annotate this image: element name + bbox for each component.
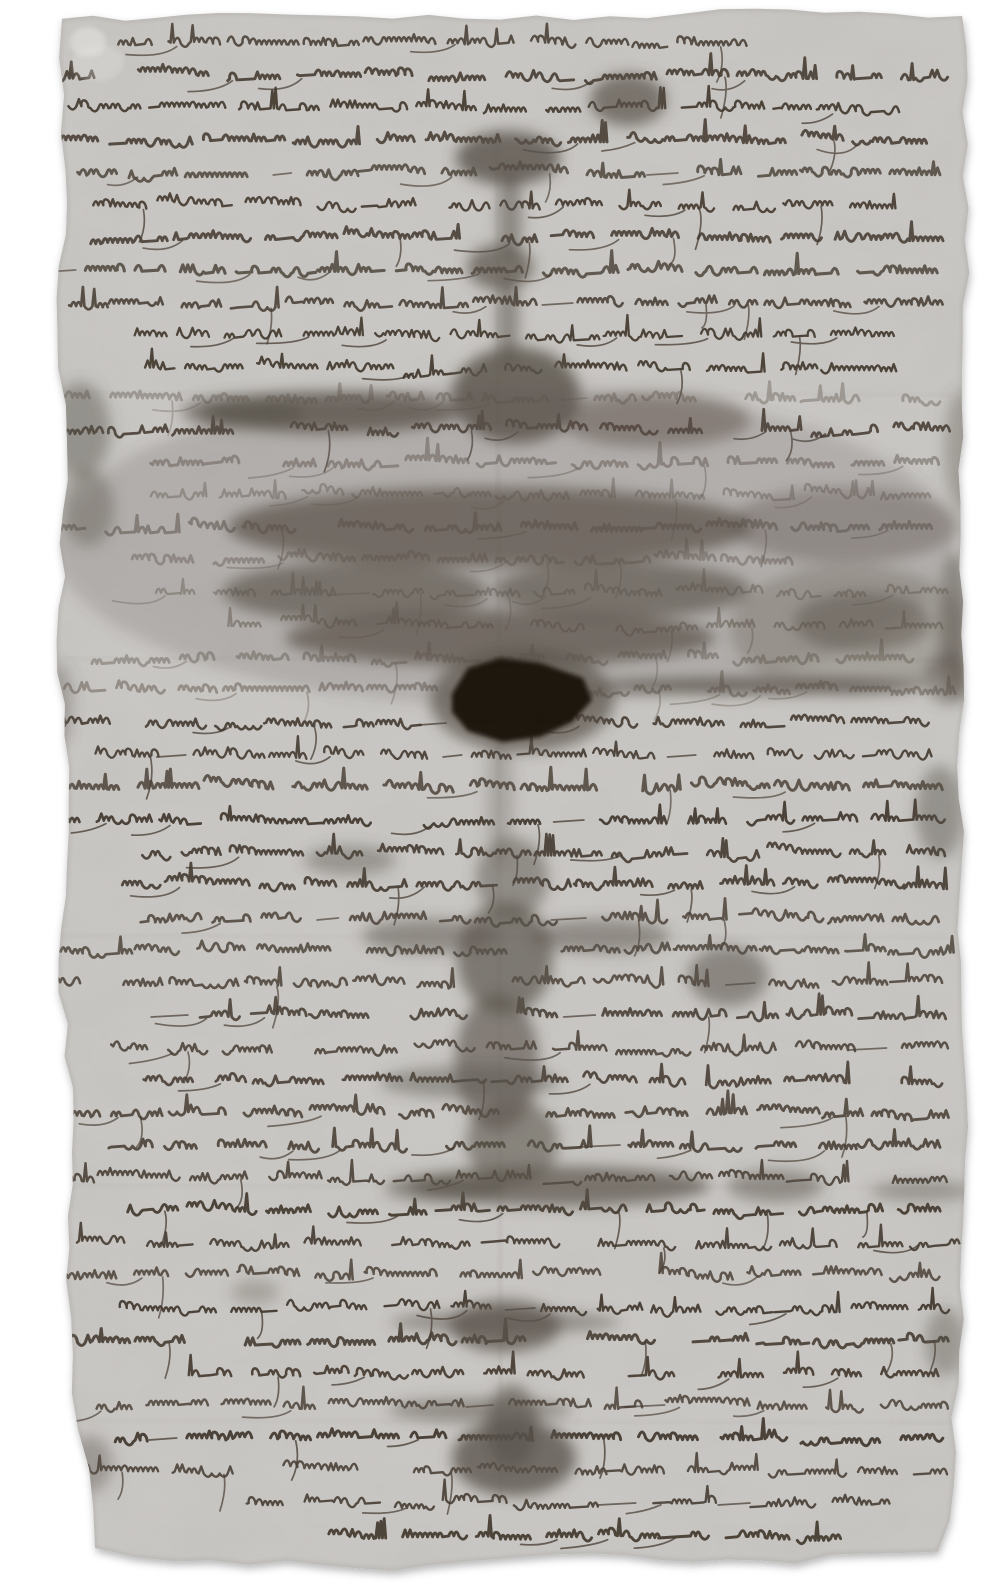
manuscript-photo: Aged papyrus-like manuscript leaf densel… [0, 0, 988, 1594]
manuscript-svg [0, 0, 988, 1594]
photo-stage: Aged papyrus-like manuscript leaf densel… [0, 0, 988, 1594]
